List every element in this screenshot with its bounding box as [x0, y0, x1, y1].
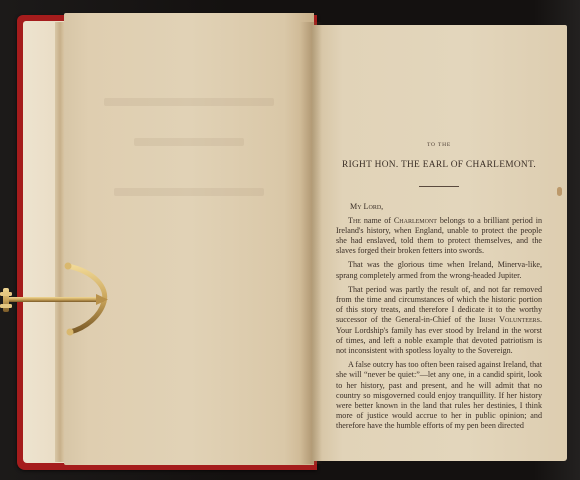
paragraph-2: That was the glorious time when Ireland,…	[336, 260, 542, 280]
smallcaps-irish-volunteers: Irish Volunteers	[479, 315, 540, 324]
show-through-text	[104, 98, 274, 106]
divider-rule	[419, 186, 459, 187]
smallcaps-charlemont: Charlemont	[394, 216, 437, 225]
left-page-blank[interactable]	[64, 13, 314, 465]
show-through-text	[114, 188, 264, 196]
show-through-text	[134, 138, 244, 146]
dedication-text: TO THE RIGHT HON. THE EARL OF CHARLEMONT…	[336, 140, 542, 436]
salutation: My Lord,	[336, 202, 542, 212]
dedication-recipient: RIGHT HON. THE EARL OF CHARLEMONT.	[336, 160, 542, 170]
dedication-to-the: TO THE	[336, 140, 542, 150]
anchor-icon[interactable]	[0, 258, 112, 338]
paragraph-1: The name of Charlemont belongs to a bril…	[336, 216, 542, 257]
paragraph-4: A false outcry has too often been raised…	[336, 360, 542, 431]
paragraph-text: name of	[361, 216, 394, 225]
drop-lead-word: The	[348, 216, 361, 225]
paragraph-3: That period was partly the result of, an…	[336, 285, 542, 356]
foxing-stain	[557, 187, 562, 196]
book-gutter	[300, 22, 322, 464]
